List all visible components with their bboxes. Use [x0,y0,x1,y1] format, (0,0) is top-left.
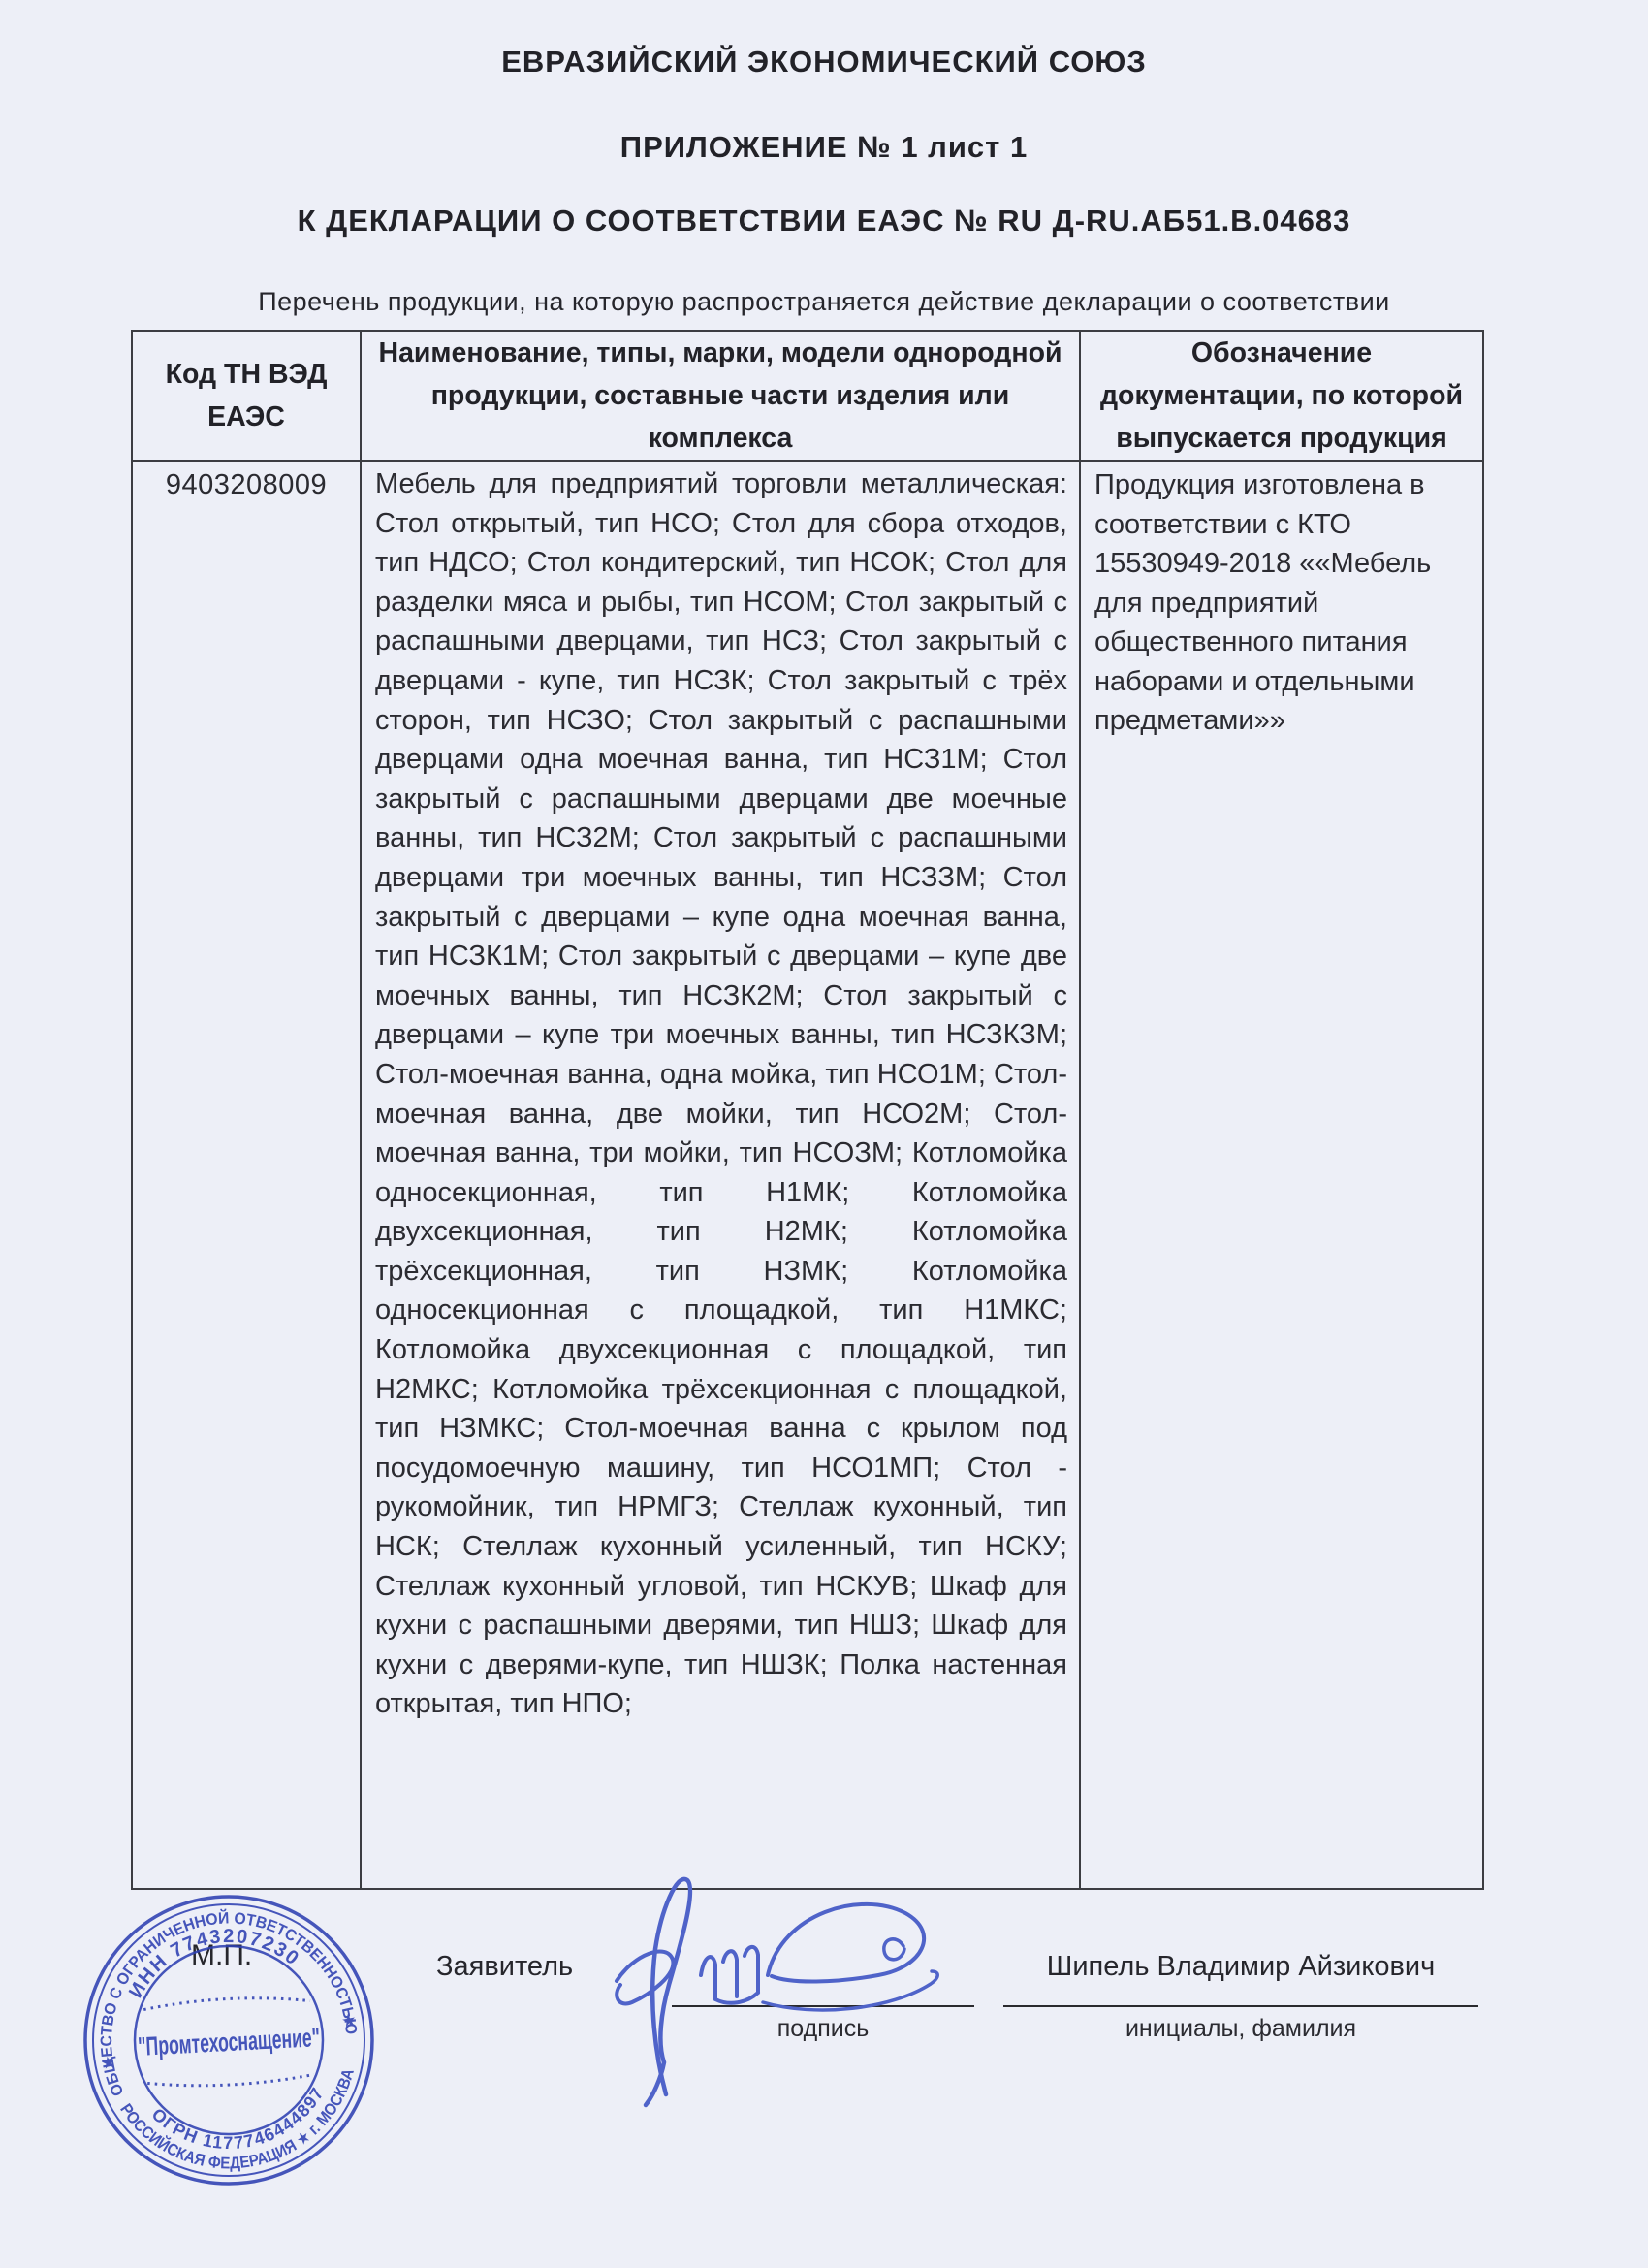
cell-documentation: Продукция изготовлена в соответствии с К… [1080,461,1483,1889]
title-appendix: ПРИЛОЖЕНИЕ № 1 лист 1 [0,130,1648,165]
applicant-name: Шипель Владимир Айзикович [998,1951,1483,1983]
name-caption: инициалы, фамилия [1003,2015,1478,2043]
table-header-row: Код ТН ВЭД ЕАЭС Наименование, типы, марк… [132,331,1483,461]
title-declaration: К ДЕКЛАРАЦИИ О СООТВЕТСТВИИ ЕАЭС № RU Д-… [0,204,1648,239]
cell-tnved-code: 9403208009 [132,461,361,1889]
handwritten-signature [572,1857,960,2109]
header-code: Код ТН ВЭД ЕАЭС [132,331,361,461]
stamp-star-left: ★ [100,2053,117,2073]
stamp-company-name: "Промтехоснащение" [137,2023,320,2061]
header-documentation: Обозначение документации, по которой вып… [1080,331,1483,461]
stamp-text-country-city: РОССИЙСКАЯ ФЕДЕРАЦИЯ ★ г. МОСКВА [115,2060,371,2188]
document-page: ЕВРАЗИЙСКИЙ ЭКОНОМИЧЕСКИЙ СОЮЗ ПРИЛОЖЕНИ… [0,0,1648,2268]
svg-text:РОССИЙСКАЯ ФЕДЕРАЦИЯ ★ г. МОСК: РОССИЙСКАЯ ФЕДЕРАЦИЯ ★ г. МОСКВА [115,2060,371,2188]
name-line [1003,2005,1478,2007]
products-table: Код ТН ВЭД ЕАЭС Наименование, типы, марк… [131,330,1484,1890]
company-round-stamp: ОБЩЕСТВО С ОГРАНИЧЕННОЙ ОТВЕТСТВЕННОСТЬЮ… [81,1893,376,2188]
header-product-name: Наименование, типы, марки, модели одноро… [361,331,1080,461]
stamp-dotted-line-top [143,1995,310,2009]
table-row: 9403208009 Мебель для предприятий торгов… [132,461,1483,1889]
title-union: ЕВРАЗИЙСКИЙ ЭКОНОМИЧЕСКИЙ СОЮЗ [0,45,1648,80]
svg-text:ОБЩЕСТВО С ОГРАНИЧЕННОЙ ОТВЕТС: ОБЩЕСТВО С ОГРАНИЧЕННОЙ ОТВЕТСТВЕННОСТЬЮ [81,1893,364,2099]
subtitle-product-list: Перечень продукции, на которую распростр… [0,287,1648,317]
stamp-dotted-line-bottom [147,2074,314,2089]
applicant-label: Заявитель [436,1951,573,1983]
cell-product-description: Мебель для предприятий торговли металлич… [361,461,1080,1889]
stamp-star-right: ★ [340,2010,358,2030]
stamp-text-company-form: ОБЩЕСТВО С ОГРАНИЧЕННОЙ ОТВЕТСТВЕННОСТЬЮ [81,1893,364,2099]
